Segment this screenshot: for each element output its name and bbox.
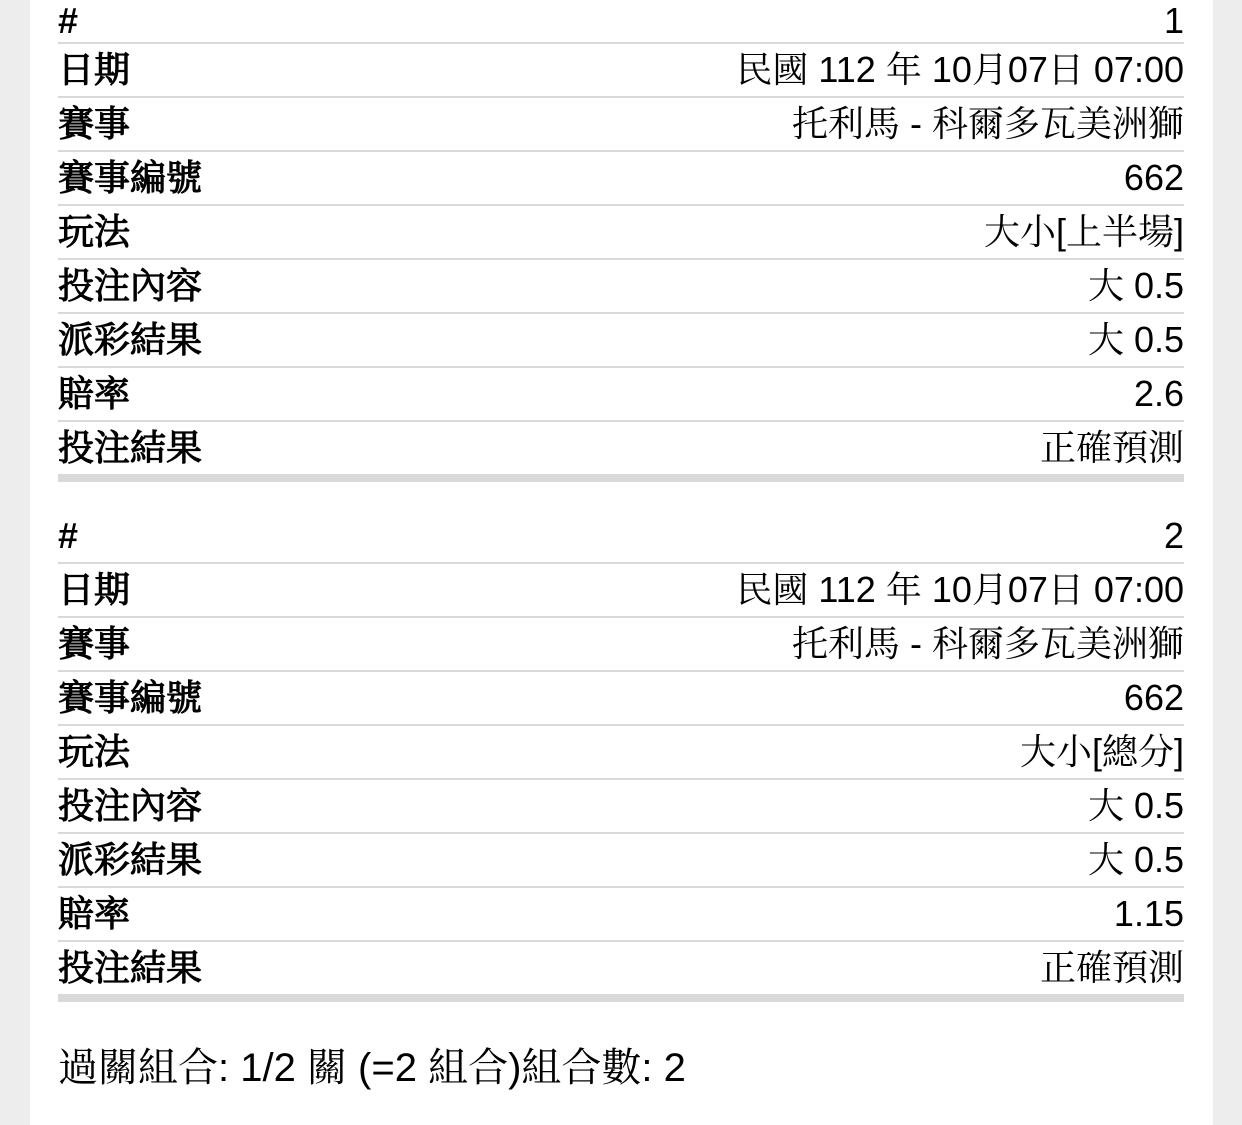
field-value-bet-content: 大 0.5: [1088, 788, 1184, 824]
field-value-bet-result: 正確預測: [1040, 950, 1184, 986]
section-gap: [30, 482, 1213, 510]
field-value-bet-content: 大 0.5: [1088, 268, 1184, 304]
field-label-bet-result: 投注結果: [58, 950, 202, 986]
field-value-event-number: 662: [1124, 160, 1184, 196]
row-event: 賽事 托利馬 - 科爾多瓦美洲獅: [58, 618, 1184, 672]
row-number: # 2: [58, 510, 1184, 564]
field-value-date: 民國 112 年 10月07日 07:00: [736, 572, 1184, 608]
field-label-event-number: 賽事編號: [58, 160, 202, 196]
row-bet-result: 投注結果 正確預測: [58, 942, 1184, 994]
row-bet-result: 投注結果 正確預測: [58, 422, 1184, 474]
row-play-type: 玩法 大小[總分]: [58, 726, 1184, 780]
field-value-payout-result: 大 0.5: [1088, 322, 1184, 358]
field-label-event-number: 賽事編號: [58, 680, 202, 716]
row-number: # 1: [58, 0, 1184, 44]
row-odds: 賠率 1.15: [58, 888, 1184, 942]
row-odds: 賠率 2.6: [58, 368, 1184, 422]
field-label-bet-result: 投注結果: [58, 430, 202, 466]
field-label-payout-result: 派彩結果: [58, 322, 202, 358]
field-value-bet-result: 正確預測: [1040, 430, 1184, 466]
row-play-type: 玩法 大小[上半場]: [58, 206, 1184, 260]
field-value-event-number: 662: [1124, 680, 1184, 716]
row-payout-result: 派彩結果 大 0.5: [58, 834, 1184, 888]
bet-card-1: # 1 日期 民國 112 年 10月07日 07:00 賽事 托利馬 - 科爾…: [30, 0, 1213, 482]
field-label-number: #: [58, 518, 78, 554]
left-gutter: [0, 0, 30, 1125]
row-event-number: 賽事編號 662: [58, 152, 1184, 206]
row-event: 賽事 托利馬 - 科爾多瓦美洲獅: [58, 98, 1184, 152]
field-value-event: 托利馬 - 科爾多瓦美洲獅: [792, 106, 1184, 142]
field-label-date: 日期: [58, 572, 130, 608]
row-date: 日期 民國 112 年 10月07日 07:00: [58, 564, 1184, 618]
field-value-play-type: 大小[上半場]: [984, 214, 1184, 250]
field-label-bet-content: 投注內容: [58, 788, 202, 824]
field-label-odds: 賠率: [58, 376, 130, 412]
field-value-payout-result: 大 0.5: [1088, 842, 1184, 878]
row-bet-content: 投注內容 大 0.5: [58, 780, 1184, 834]
bet-detail-content: # 1 日期 民國 112 年 10月07日 07:00 賽事 托利馬 - 科爾…: [30, 0, 1213, 1125]
section-end-bar: [58, 474, 1184, 482]
field-label-odds: 賠率: [58, 896, 130, 932]
field-label-number: #: [58, 3, 78, 39]
field-label-play-type: 玩法: [58, 734, 130, 770]
row-payout-result: 派彩結果 大 0.5: [58, 314, 1184, 368]
field-label-date: 日期: [58, 52, 130, 88]
field-value-play-type: 大小[總分]: [1020, 734, 1184, 770]
field-label-payout-result: 派彩結果: [58, 842, 202, 878]
bet-detail-page: # 1 日期 民國 112 年 10月07日 07:00 賽事 托利馬 - 科爾…: [0, 0, 1242, 1125]
field-value-odds: 1.15: [1114, 896, 1184, 932]
parlay-summary: 過關組合: 1/2 關 (=2 組合)組合數: 2: [58, 1044, 1184, 1092]
section-end-bar: [58, 994, 1184, 1002]
row-bet-content: 投注內容 大 0.5: [58, 260, 1184, 314]
field-value-number: 1: [1164, 3, 1184, 39]
field-value-event: 托利馬 - 科爾多瓦美洲獅: [792, 626, 1184, 662]
bet-card-2: # 2 日期 民國 112 年 10月07日 07:00 賽事 托利馬 - 科爾…: [30, 510, 1213, 1002]
field-label-event: 賽事: [58, 626, 130, 662]
field-label-event: 賽事: [58, 106, 130, 142]
field-value-number: 2: [1164, 518, 1184, 554]
field-value-date: 民國 112 年 10月07日 07:00: [736, 52, 1184, 88]
field-value-odds: 2.6: [1134, 376, 1184, 412]
right-gutter: [1213, 0, 1242, 1125]
row-date: 日期 民國 112 年 10月07日 07:00: [58, 44, 1184, 98]
field-label-bet-content: 投注內容: [58, 268, 202, 304]
row-event-number: 賽事編號 662: [58, 672, 1184, 726]
field-label-play-type: 玩法: [58, 214, 130, 250]
